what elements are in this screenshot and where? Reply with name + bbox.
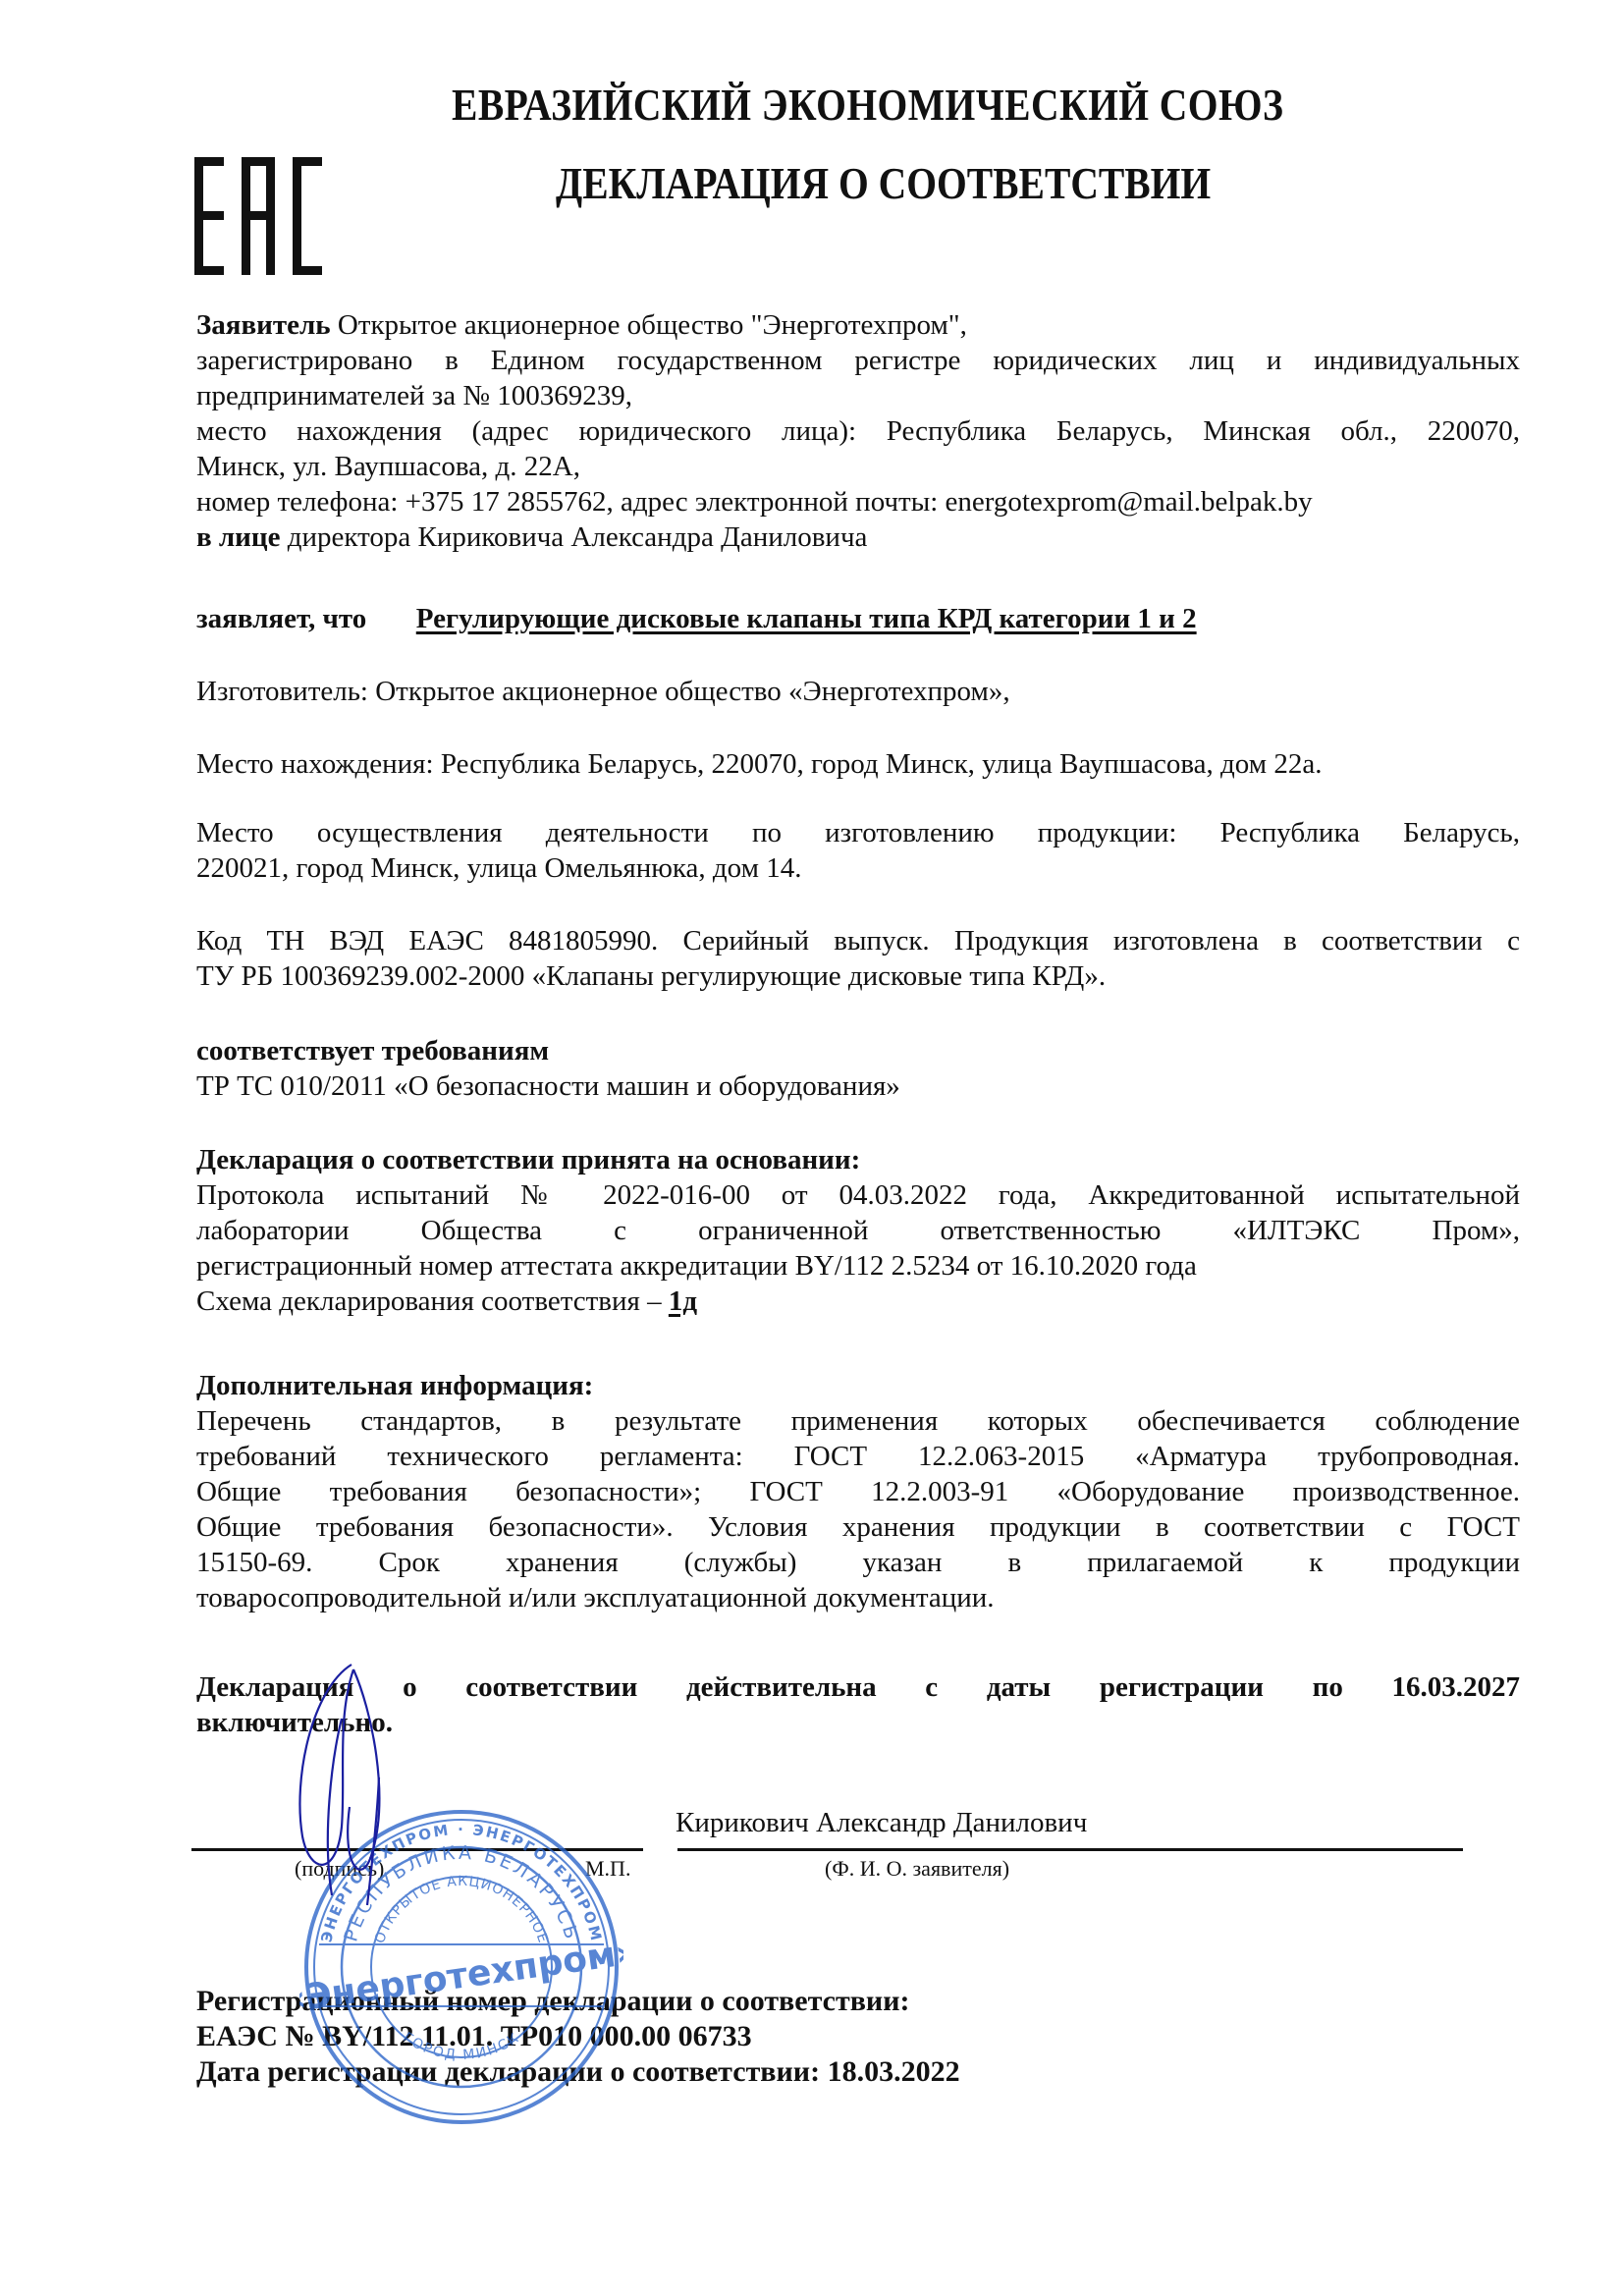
additional-info-label: Дополнительная информация: <box>196 1368 1520 1403</box>
represented-label: в лице <box>196 521 280 553</box>
applicant-section: Заявитель Открытое акционерное общество … <box>196 307 1520 555</box>
complies-section: соответствует требованиям ТР ТС 010/2011… <box>196 1033 1520 1104</box>
scheme-label: Схема декларирования соответствия – <box>196 1285 662 1317</box>
complies-label: соответствует требованиям <box>196 1033 1520 1068</box>
additional-info-line: Общие требования безопасности»; ГОСТ 12.… <box>196 1474 1520 1509</box>
accreditation-number: регистрационный номер аттестата аккредит… <box>196 1248 1520 1284</box>
svg-text:ГОРОД МИНСК: ГОРОД МИНСК <box>400 2030 522 2063</box>
union-title: ЕВРАЗИЙСКИЙ ЭКОНОМИЧЕСКИЙ СОЮЗ <box>452 79 1283 131</box>
declares-section: заявляет, что Регулирующие дисковые клап… <box>196 601 1520 636</box>
applicant-name: Открытое акционерное общество "Энерготех… <box>338 309 967 341</box>
product-name: Регулирующие дисковые клапаны типа КРД к… <box>416 603 1197 634</box>
product-code-section: Код ТН ВЭД ЕАЭС 8481805990. Серийный вып… <box>196 923 1520 994</box>
name-line <box>677 1848 1463 1851</box>
legal-address-street: Минск, ул. Ваупшасова, д. 22А, <box>196 449 1520 484</box>
signer-name: Кирикович Александр Данилович <box>676 1805 1363 1840</box>
eac-logo <box>194 157 322 275</box>
contacts: номер телефона: +375 17 2855762, адрес э… <box>196 484 1520 519</box>
additional-info-line: Общие требования безопасности». Условия … <box>196 1509 1520 1545</box>
test-protocol: Протокола испытаний № 2022-016-00 от 04.… <box>196 1177 1520 1213</box>
production-site-line1: Место осуществления деятельности по изго… <box>196 815 1520 850</box>
technical-regulation: ТР ТС 010/2011 «О безопасности машин и о… <box>196 1068 1520 1104</box>
product-code-line1: Код ТН ВЭД ЕАЭС 8481805990. Серийный вып… <box>196 923 1520 958</box>
additional-info-line: 15150-69. Срок хранения (службы) указан … <box>196 1545 1520 1580</box>
additional-info-section: Дополнительная информация: Перечень стан… <box>196 1368 1520 1615</box>
manufacturer-location: Место нахождения: Республика Беларусь, 2… <box>196 746 1520 782</box>
document-title: ДЕКЛАРАЦИЯ О СООТВЕТСТВИИ <box>556 157 1211 209</box>
additional-info-line: Перечень стандартов, в результате примен… <box>196 1403 1520 1439</box>
basis-section: Декларация о соответствии принята на осн… <box>196 1142 1520 1319</box>
test-laboratory: лаборатории Общества с ограниченной отве… <box>196 1213 1520 1248</box>
registration-number: предпринимателей за № 100369239, <box>196 378 1520 413</box>
production-site-line2: 220021, город Минск, улица Омельянюка, д… <box>196 850 1520 886</box>
production-site-section: Место осуществления деятельности по изго… <box>196 815 1520 886</box>
handwritten-signature <box>283 1660 420 1915</box>
registration-text: зарегистрировано в Едином государственно… <box>196 343 1520 378</box>
represented-by: директора Кириковича Александра Данилови… <box>288 521 868 553</box>
scheme-value: 1д <box>669 1285 697 1317</box>
registration-date-value: 18.03.2022 <box>828 2055 960 2088</box>
basis-label: Декларация о соответствии принята на осн… <box>196 1142 1520 1177</box>
additional-info-line: требований технического регламента: ГОСТ… <box>196 1439 1520 1474</box>
legal-address: место нахождения (адрес юридического лиц… <box>196 413 1520 449</box>
product-code-line2: ТУ РБ 100369239.002-2000 «Клапаны регули… <box>196 958 1520 994</box>
declares-label: заявляет, что <box>196 603 366 634</box>
applicant-label: Заявитель <box>196 309 331 341</box>
name-caption: (Ф. И. О. заявителя) <box>825 1856 1009 1882</box>
additional-info-line: товаросопроводительной и/или эксплуатаци… <box>196 1580 1520 1615</box>
manufacturer: Изготовитель: Открытое акционерное общес… <box>196 674 1520 709</box>
